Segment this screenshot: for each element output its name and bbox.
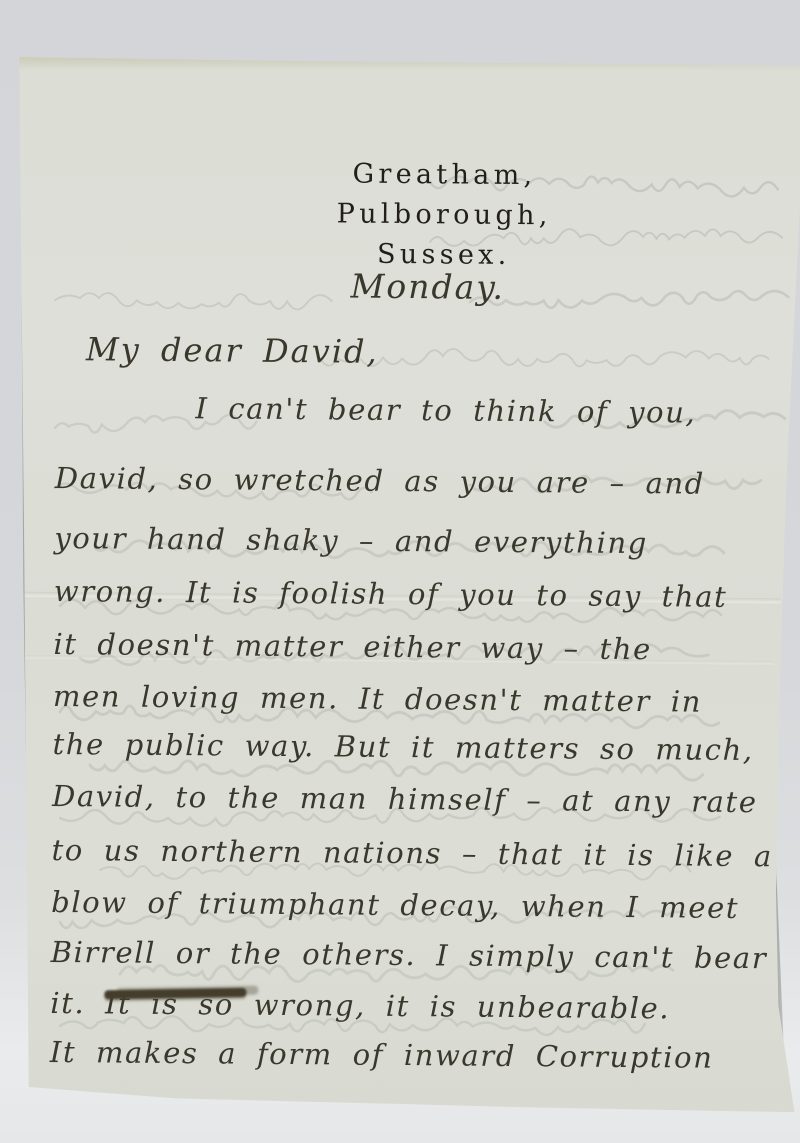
body-line: Birrell or the others. I simply can't be… [51,935,768,975]
letterhead-line-1: Greatham, [244,154,644,197]
body-line: men loving men. It doesn't matter in [53,679,702,719]
body-line: the public way. But it matters so much, [52,727,753,767]
letterhead-line-2: Pulborough, [244,194,644,237]
printed-letterhead: Greatham, Pulborough, Sussex. [244,154,645,277]
letter-photograph: Greatham, Pulborough, Sussex. Monday. My… [0,0,800,1143]
body-line: I can't bear to think of you, [55,390,696,430]
body-line: your hand shaky – and everything [54,521,648,560]
letter-paper: Greatham, Pulborough, Sussex. Monday. My… [0,0,800,1143]
body-line: It makes a form of inward Corruption [50,1035,714,1075]
body-line: blow of triumphant decay, when I meet [51,885,739,925]
body-line: to us northern nations – that it is like… [51,833,772,873]
body-line: it doesn't matter either way – the [53,627,652,666]
date-line: Monday. [350,267,505,307]
body-line: David, to the man himself – at any rate [52,779,758,819]
body-line: wrong. It is foolish of you to say that [54,574,728,614]
ink-layer: Greatham, Pulborough, Sussex. Monday. My… [0,0,800,1143]
body-line: David, so wretched as you are – and [55,461,705,501]
salutation: My dear David, [86,330,379,371]
